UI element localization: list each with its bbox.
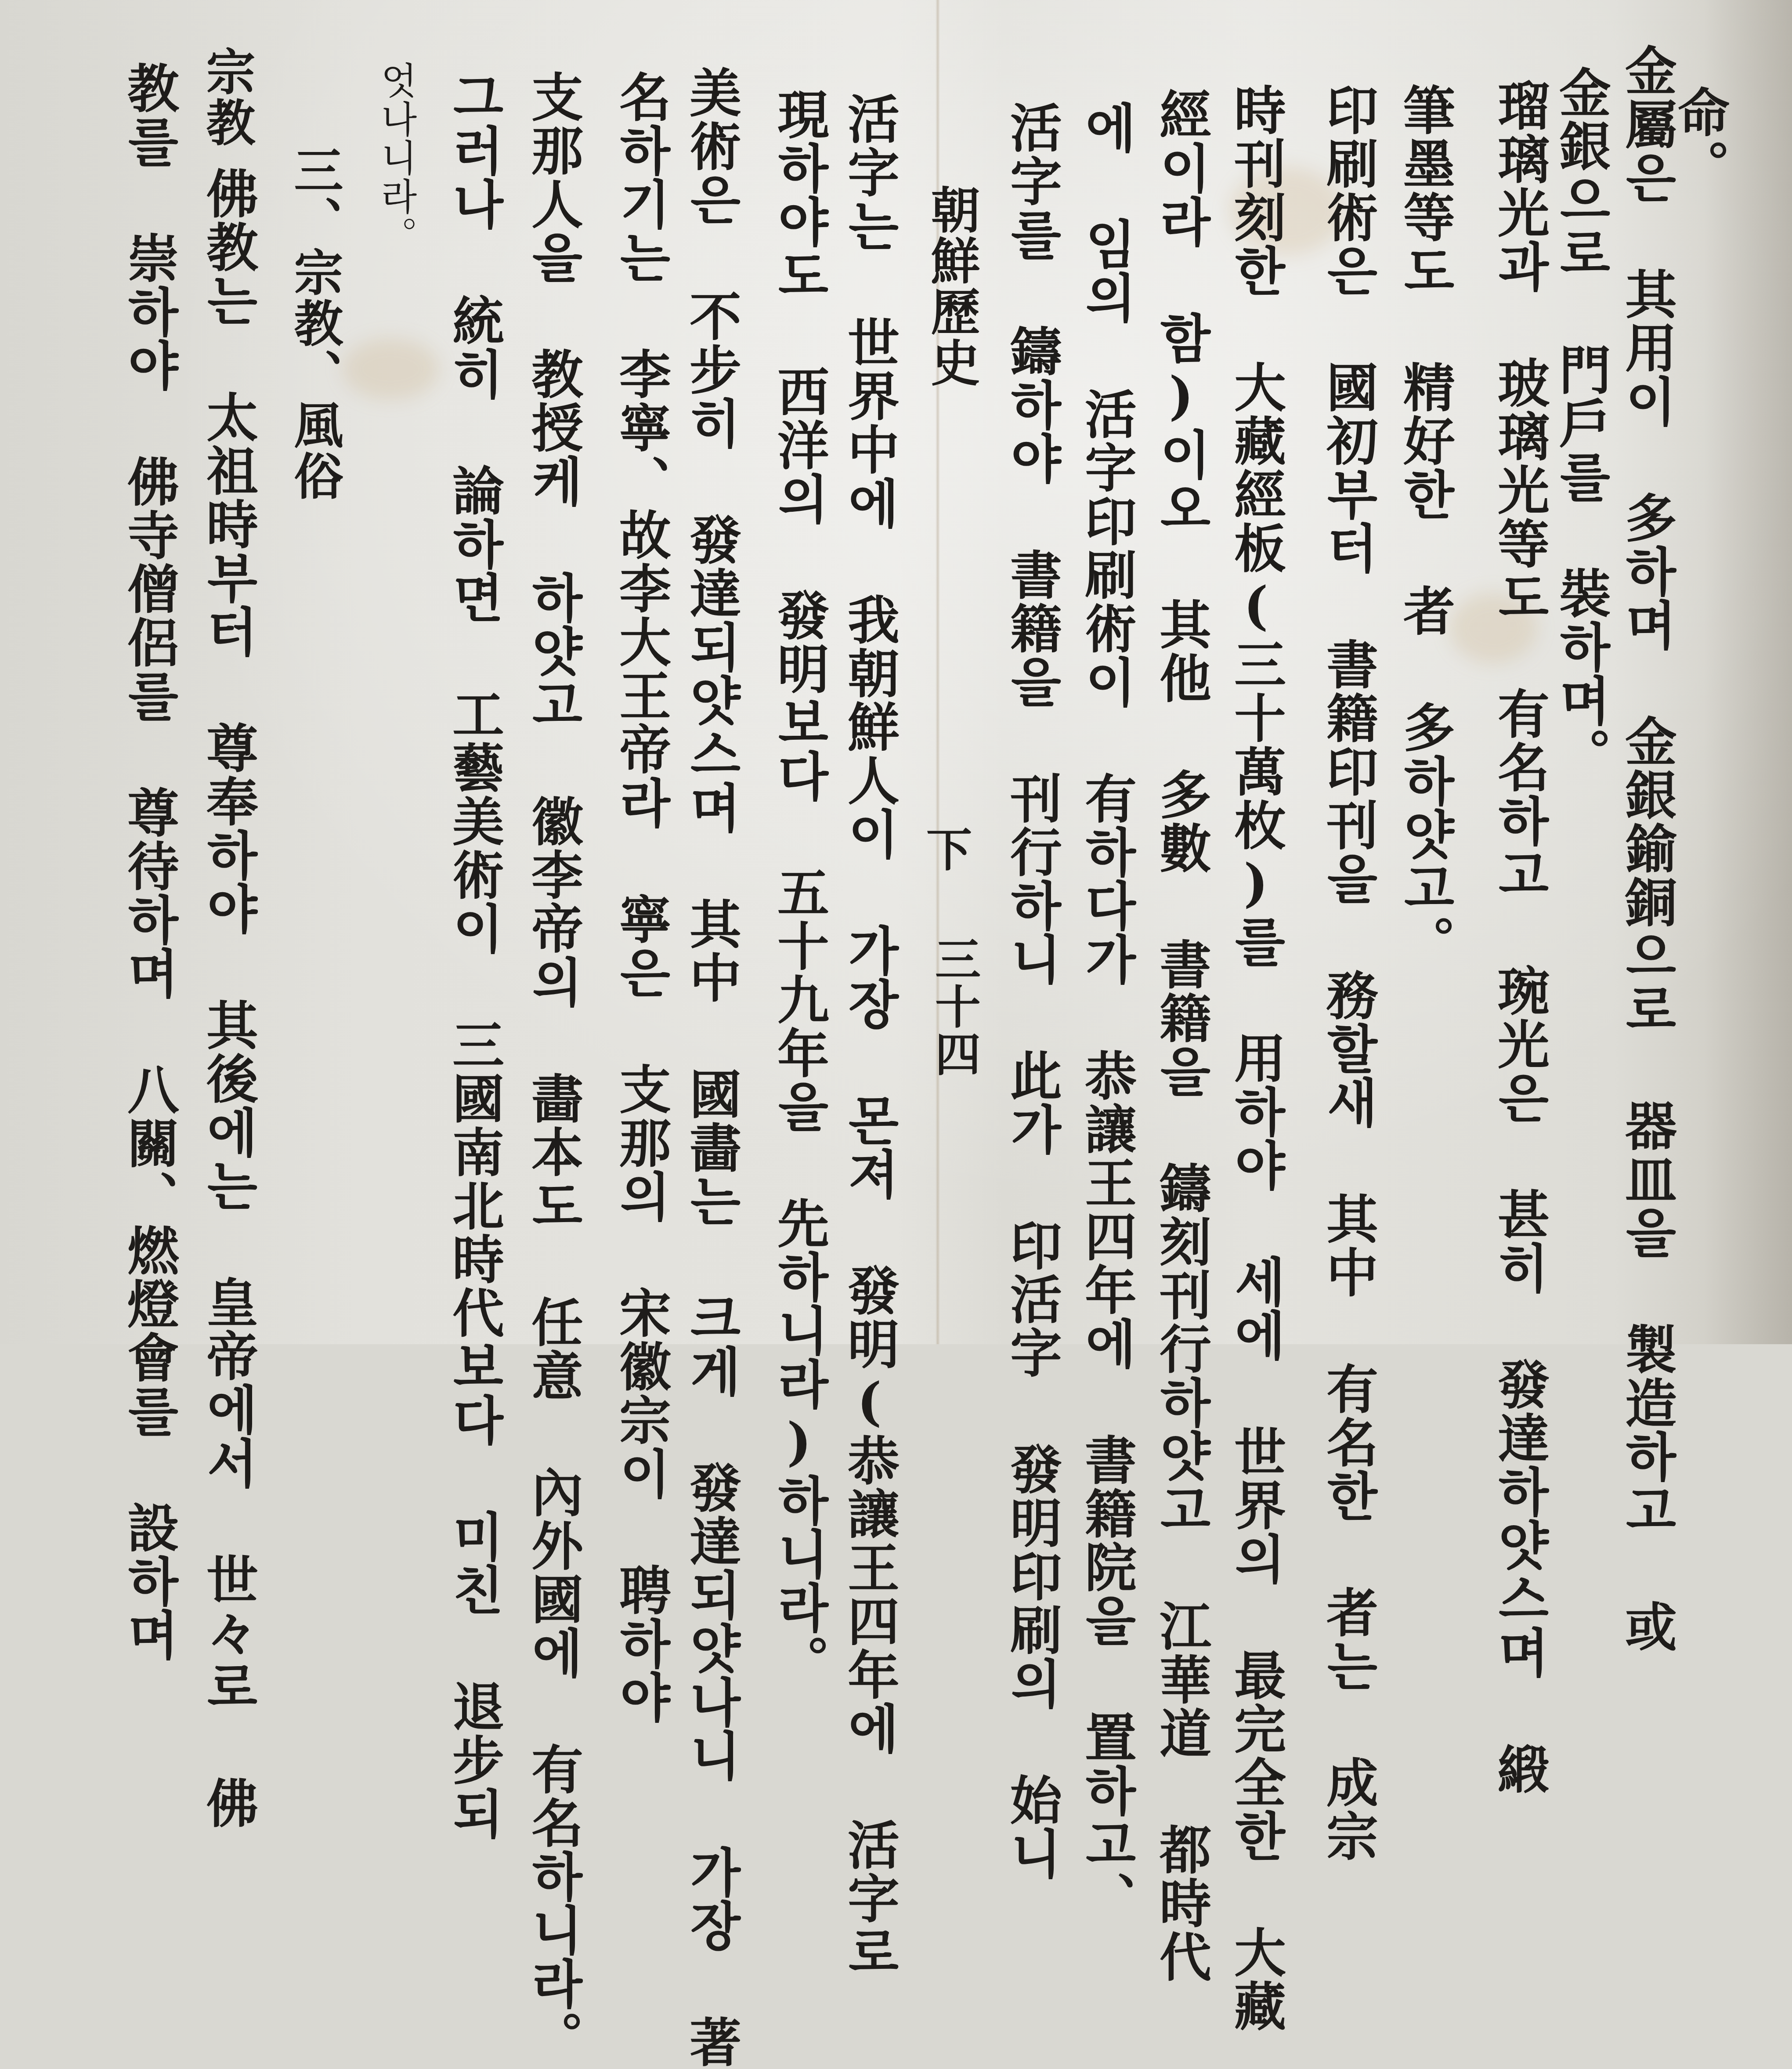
text-column: 活字를 鑄하야 書籍을 刊行하니 此가 印活字 發明印刷의 始니: [1006, 101, 1058, 1344]
text-column: 에 임의 活字印刷術이 有하다가 恭讓王四年에 書籍院을 置하고、: [1080, 101, 1132, 1344]
text-column: 名하기는 李寧、故李大王帝라 寧은 支那의 宋徽宗이 聘하야: [615, 70, 667, 1344]
text-column: 엇나니라。: [378, 61, 415, 255]
section-heading: 三、宗教、風俗: [290, 145, 339, 502]
text-column: 金屬은 其用이 多하며 金銀鍮銅으로 器皿을 製造하고 或: [1621, 44, 1673, 1344]
page-label: 下: [922, 826, 968, 873]
text-column: 그러나 統히 論하면 工藝美術이 三國南北時代보다 미친 退步되: [448, 70, 500, 1344]
text-column: 佛教는 太祖時부터 尊奉하야 其後에는 皇帝에서 世々로 佛: [202, 167, 254, 1344]
section-tail: 命。: [1673, 86, 1725, 193]
manuscript-page: 命。 金屬은 其用이 多하며 金銀鍮銅으로 器皿을 製造하고 或 金銀으로 門戶…: [0, 0, 1792, 1344]
text-column: 經이라 함)이오 其他 多數 書籍을 鑄刻刊行하얏고 江華道 都時代: [1155, 88, 1207, 1344]
text-column: 瑠璃光과 玻璃光等도 有名하고 琬光은 甚히 發達하얏스며 緞: [1493, 79, 1545, 1344]
text-column: 筆墨等도 精好한 者 多하얏고。: [1399, 83, 1451, 969]
subsection-label: 宗教: [202, 46, 251, 148]
text-column: 教를 崇하야 佛寺僧侶를 尊待하며 八關、燃燈會를 設하며: [123, 61, 175, 1344]
text-column: 時刊刻한 大藏經板(三十萬枚)를 用하야 세에 世界의 最完全한 大藏: [1230, 83, 1282, 1344]
paper-stain: [343, 338, 439, 400]
text-column: 活字는 世界中에 我朝鮮人이 가장 몬져 發明(恭讓王四年에 活字로: [843, 92, 895, 1344]
page-edge-shadow: [1704, 0, 1792, 1344]
running-title: 朝鮮歷史: [927, 184, 976, 388]
text-column: 支那人을 教授케 하얏고 徽李帝의 畵本도 任意 內外國에 有名하니라。: [527, 70, 579, 1344]
text-column: 印刷術은 國初부터 書籍印刊을 務할새 其中 有名한 者는 成宗: [1322, 83, 1374, 1344]
text-column: 金銀으로 門戶를 裝하며。: [1555, 66, 1607, 781]
text-column: 現하야도 西洋의 發明보다 五十九年을 先하니라)하니라。: [773, 88, 825, 1344]
page-number: 三十四: [931, 936, 977, 1078]
text-column: 美術은 不步히 發達되얏스며 其中 國畵는 크게 發達되얏나니 가장 著: [685, 66, 737, 1344]
